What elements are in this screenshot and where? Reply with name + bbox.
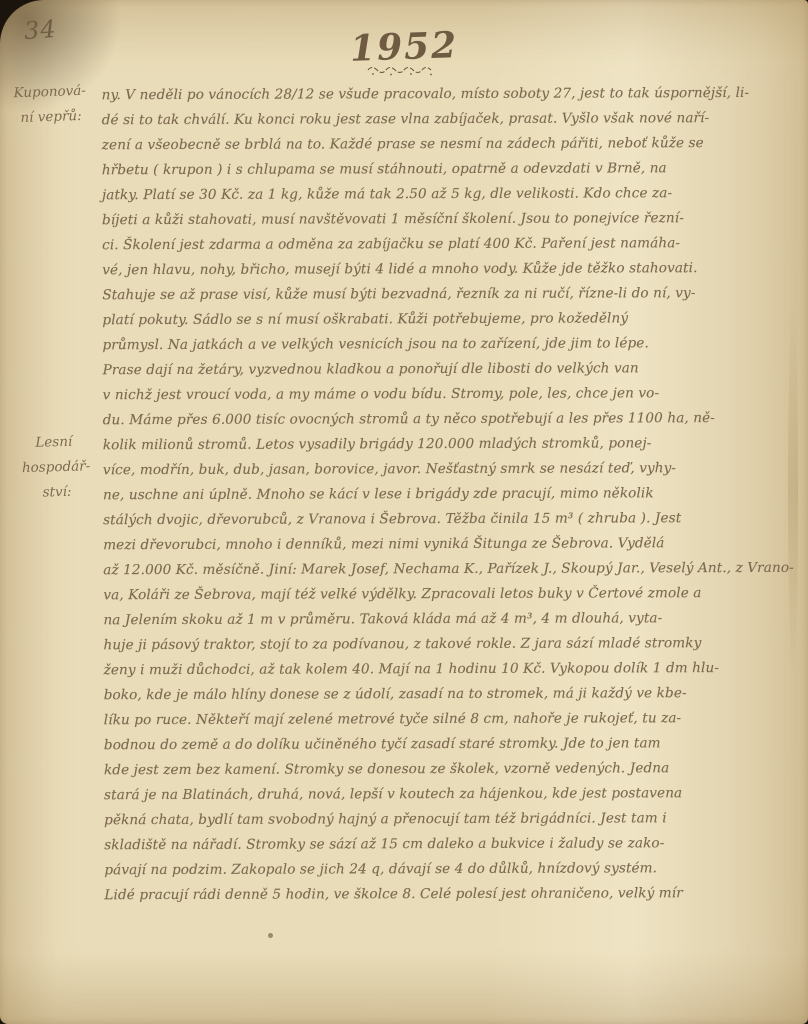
handwritten-line: kolik milionů stromů. Letos vysadily bri… — [103, 431, 805, 458]
scanned-page: 34 1952 Kuponová- ní vepřů: Lesní hospod… — [0, 0, 808, 1024]
paper-sheet: 34 1952 Kuponová- ní vepřů: Lesní hospod… — [0, 0, 808, 1024]
handwritten-line: pěkná chata, bydlí tam svobodný hajný a … — [104, 806, 806, 833]
handwritten-line: až 12.000 Kč. měsíčně. Jiní: Marek Josef… — [103, 556, 805, 583]
margin-note-pig-couponing: Kuponová- ní vepřů: — [13, 79, 87, 131]
handwritten-line: skladiště na nářadí. Stromky se sází až … — [104, 831, 806, 858]
handwritten-line: huje ji pásový traktor, stojí to za podí… — [103, 631, 805, 658]
margin-note-line: hospodář- — [22, 454, 91, 481]
handwritten-line: pávají na podzim. Zakopalo se jich 24 q,… — [104, 856, 806, 883]
handwritten-line: platí pokuty. Sádlo se s ní musí oškraba… — [102, 306, 804, 333]
handwritten-line: ci. Školení jest zdarma a odměna za zabí… — [102, 231, 804, 258]
handwritten-line: kde jest zem bez kamení. Stromky se done… — [104, 756, 806, 783]
handwritten-line: Prase dají na žetáry, vyzvednou kladkou … — [103, 356, 805, 383]
year-heading: 1952 — [0, 26, 808, 76]
handwritten-line: jatky. Platí se 30 Kč. za 1 kg, kůže má … — [102, 181, 804, 208]
handwritten-line: průmysl. Na jatkách a ve velkých vesnicí… — [102, 331, 804, 358]
handwritten-body: ny. V neděli po vánocích 28/12 se všude … — [102, 81, 807, 908]
handwritten-line: hřbetu ( krupon ) i s chlupama se musí s… — [102, 156, 804, 183]
handwritten-line: Stahuje se až prase visí, kůže musí býti… — [102, 281, 804, 308]
handwritten-line: ženy i muži důchodci, až tak kolem 40. M… — [104, 656, 806, 683]
handwritten-line: ny. V neděli po vánocích 28/12 se všude … — [102, 81, 804, 108]
handwritten-line: dé si to tak chválí. Ku konci roku jest … — [102, 106, 804, 133]
handwritten-line: stálých dvojic, dřevorubců, z Vranova i … — [103, 506, 805, 533]
handwritten-line: ne, uschne ani úplně. Mnoho se kácí v le… — [103, 481, 805, 508]
margin-note-line: ství: — [42, 479, 91, 505]
handwritten-line: více, modřín, buk, dub, jasan, borovice,… — [103, 456, 805, 483]
handwritten-line: mezi dřevorubci, mnoho i denníků, mezi n… — [103, 531, 805, 558]
handwritten-line: Lidé pracují rádi denně 5 hodin, ve škol… — [104, 881, 806, 908]
handwritten-line: du. Máme přes 6.000 tisíc ovocných strom… — [103, 406, 805, 433]
handwritten-line: stará je na Blatinách, druhá, nová, lepš… — [104, 781, 806, 808]
paper-edge-smudge — [788, 300, 798, 680]
year-heading-text: 1952 — [349, 24, 459, 70]
handwritten-line: zení a všeobecně se brblá na to. Každé p… — [102, 131, 804, 158]
handwritten-line: va, Koláři ze Šebrova, mají též velké vý… — [103, 581, 805, 608]
handwritten-line: na Jelením skoku až 1 m v průměru. Takov… — [103, 606, 805, 633]
margin-note-line: Lesní — [35, 429, 90, 455]
margin-note-line: ní vepřů: — [14, 104, 87, 132]
handwritten-line: v nichž jest vroucí voda, a my máme o vo… — [103, 381, 805, 408]
handwritten-line: bodnou do země a do dolíku učiněného tyč… — [104, 731, 806, 758]
handwritten-line: líku po ruce. Někteří mají zelené metrov… — [104, 706, 806, 733]
margin-note-forestry: Lesní hospodář- ství: — [35, 429, 91, 505]
ink-speck — [268, 933, 273, 938]
margin-note-line: Kuponová- — [13, 79, 86, 107]
handwritten-line: bíjeti a kůži stahovati, musí navštěvova… — [102, 206, 804, 233]
handwritten-line: boko, kde je málo hlíny donese se z údol… — [104, 681, 806, 708]
handwritten-line: vé, jen hlavu, nohy, břicho, musejí býti… — [102, 256, 804, 283]
